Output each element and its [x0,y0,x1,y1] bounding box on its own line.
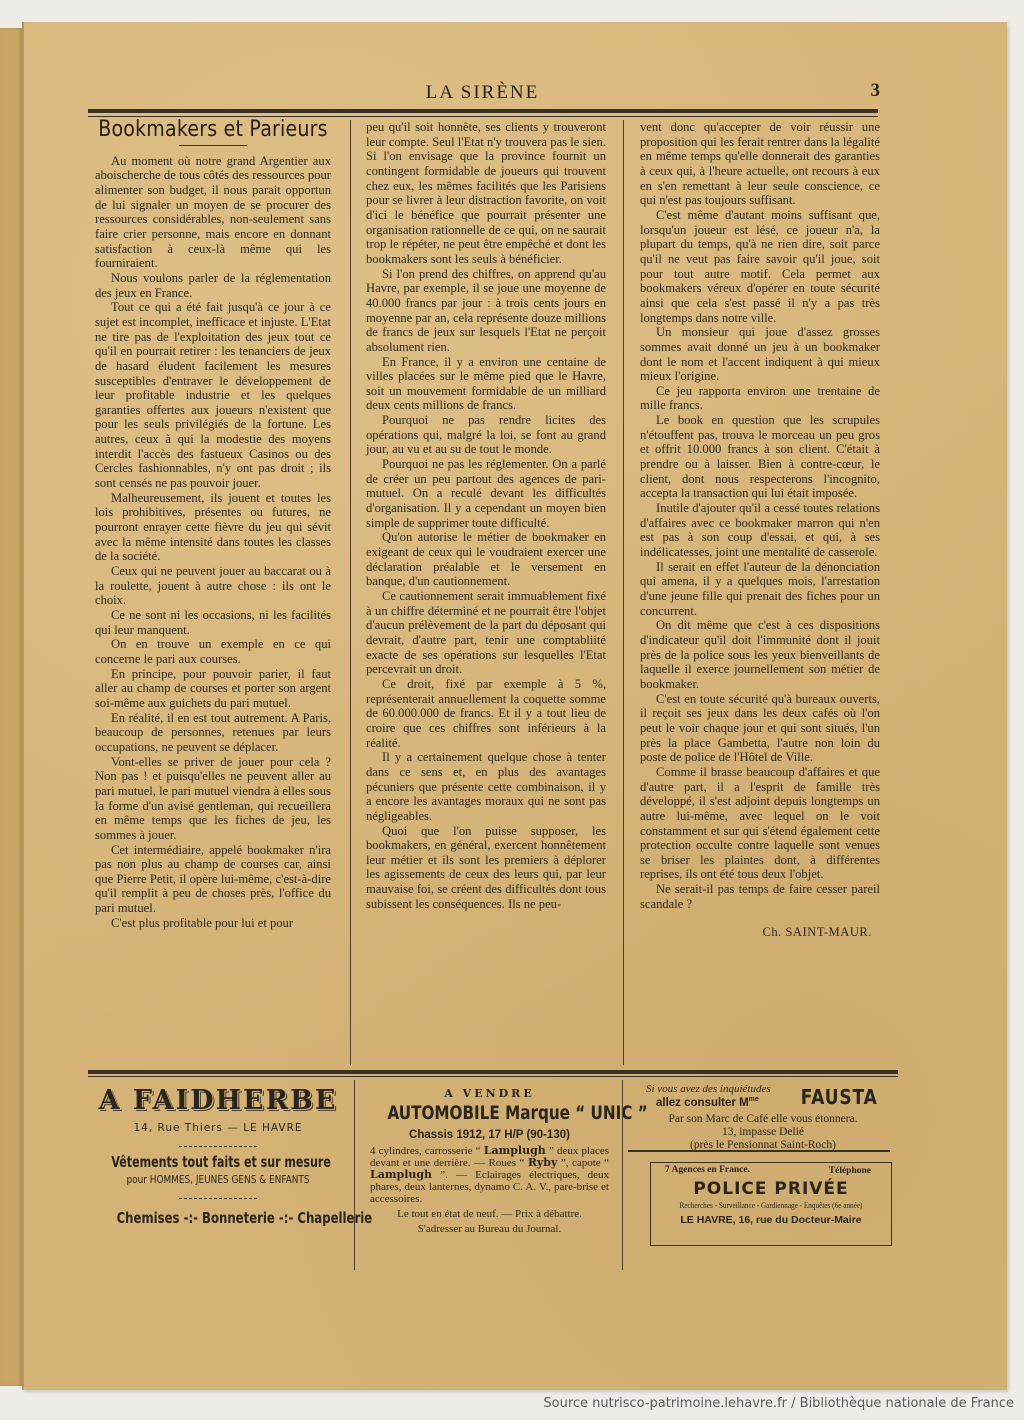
page-header: LA SIRÈNE 3 [85,82,880,104]
article-paragraph: Qu'on autorise le métier de bookmaker en… [366,530,606,589]
ad-address: 14, Rue Thiers — LE HAVRE [88,1122,348,1134]
ad-audience: pour HOMMES, JEUNES GENS & ENFANTS [108,1174,329,1186]
ad-divider [354,1080,355,1270]
desc-brand: Ryby [528,1156,557,1169]
col2-paragraphs: peu qu'il soit honnête, ses clients y tr… [366,120,606,911]
ad-line: 13, impasse Delié [628,1126,898,1139]
ad-chassis: Chassis 1912, 17 H/P (90-130) [362,1129,617,1141]
article-paragraph: peu qu'il soit honnête, ses clients y tr… [366,120,606,267]
ad-intro: Si vous avez des inquiétudes allez consu… [628,1083,898,1113]
ad-brand: A FAIDHERBE [88,1085,348,1116]
article-paragraph: On dit même que c'est à ces dispositions… [640,618,880,691]
ads-rule-thick [88,1070,898,1074]
ad-products: Chemises -:- Bonneterie -:- Chapellerie [117,1209,320,1227]
intro-sup: me [749,1096,759,1103]
article-paragraph: vent donc qu'accepter de voir réussir un… [640,120,880,208]
col3-paragraphs: vent donc qu'accepter de voir réussir un… [640,120,880,911]
col1-paragraphs: Au moment où notre grand Argentier aux a… [95,154,331,931]
article-paragraph: C'est plus profitable pour lui et pour [95,916,331,931]
flourish-divider [179,1140,257,1147]
article-paragraph: En principe, pour pouvoir parier, il fau… [95,667,331,711]
ad-tagline: Vêtements tout faits et sur mesure [111,1153,324,1171]
ad-fausta: Si vous avez des inquiétudes allez consu… [628,1083,898,1152]
article-paragraph: Au moment où notre grand Argentier aux a… [95,154,331,271]
article-signature: Ch. SAINT-MAUR. [640,925,880,940]
ad-description: 4 cylindres, carrosserie “ Lamplugh ” de… [362,1145,617,1205]
article-paragraph: Il y a certainement quelque chose à tent… [366,750,606,823]
ad-automobile: A VENDRE AUTOMOBILE Marque “ UNIC ” Chas… [362,1087,617,1235]
ad-police-privee: 7 Agences en France. Téléphone POLICE PR… [650,1162,892,1246]
article-paragraph: Ce droit, fixé par exemple à 5 %, représ… [366,677,606,750]
ad-condition: Le tout en état de neuf. — Prix à débatt… [362,1208,617,1220]
ad-rule [628,1150,890,1152]
ad-line: Par son Marc de Café elle vous étonnera. [628,1113,898,1126]
article-paragraph: Quoi que l'on puisse supposer, les bookm… [366,824,606,912]
adjacent-page-edge [0,28,22,1386]
police-agencies: 7 Agences en France. [665,1165,750,1175]
ad-kicker: A VENDRE [362,1087,617,1100]
source-credit: Source nutrisco-patrimoine.lehavre.fr / … [543,1396,1014,1411]
police-title: POLICE PRIVÉE [651,1179,891,1199]
intro-bold: allez consulter Mme [656,1096,759,1109]
article-paragraph: En réalité, il en est tout autrement. A … [95,711,331,755]
article-paragraph: Malheureusement, ils jouent et toutes le… [95,491,331,564]
desc-text: ”, capote “ [561,1157,609,1169]
article-paragraph: Comme il brasse beaucoup d'affaires et q… [640,765,880,882]
article-paragraph: Pourquoi ne pas les réglementer. On a pa… [366,457,606,530]
article-paragraph: Cet intermédiaire, appelé bookmaker n'ir… [95,843,331,916]
article-paragraph: Ceux qui ne peuvent jouer au baccarat ou… [95,564,331,608]
column-divider [623,120,624,1065]
article-paragraph: C'est même d'autant moins suffisant que,… [640,208,880,325]
column-divider [350,120,351,1065]
police-services: Recherches - Surveillance - Gardiennage … [669,1200,873,1210]
article-column-3: vent donc qu'accepter de voir réussir un… [640,120,880,940]
article-column-2: peu qu'il soit honnête, ses clients y tr… [366,120,606,911]
flourish-divider [179,1192,257,1199]
article-paragraph: Ne serait-il pas temps de faire cesser p… [640,882,880,911]
article-paragraph: Pourquoi ne pas rendre licites des opéra… [366,413,606,457]
desc-brand: Lamplugh [370,1168,432,1181]
article-paragraph: Le book en question que les scrupules n'… [640,413,880,501]
article-paragraph: Ce jeu rapporta environ une trentaine de… [640,384,880,413]
article-paragraph: Nous voulons parler de la réglementation… [95,271,331,300]
header-rule-thick [88,109,878,113]
article-paragraph: En France, il y a environ une centaine d… [366,355,606,414]
article-paragraph: Il serait en effet l'auteur de la dénonc… [640,560,880,619]
ad-divider [622,1080,623,1270]
intro-bold-text: allez consulter M [656,1097,749,1109]
journal-title: LA SIRÈNE [85,82,880,104]
police-top-row: 7 Agences en France. Téléphone [651,1163,891,1177]
police-phone: Téléphone [829,1166,871,1176]
intro-italic: Si vous avez des inquiétudes [646,1083,771,1095]
ad-name: FAUSTA [800,1085,877,1109]
ad-headline: AUTOMOBILE Marque “ UNIC ” [388,1102,592,1124]
article-paragraph: C'est en toute sécurité qu'à bureaux ouv… [640,692,880,765]
article-paragraph: Un monsieur qui joue d'assez grosses som… [640,325,880,384]
ads-rule-thin [88,1076,898,1077]
article-paragraph: Ce ne sont ni les occasions, ni les faci… [95,608,331,637]
desc-text: 4 cylindres, carrosserie “ [370,1145,481,1157]
page-number: 3 [871,80,881,102]
article-paragraph: Vont-elles se priver de jouer pour cela … [95,755,331,843]
article-paragraph: Tout ce qui a été fait jusqu'à ce jour à… [95,300,331,491]
article-paragraph: Ce cautionnement serait immuablement fix… [366,589,606,677]
article-paragraph: Si l'on prend des chiffres, on apprend q… [366,267,606,355]
article-column-1: Bookmakers et Parieurs Au moment où notr… [95,120,331,930]
article-paragraph: Inutile d'ajouter qu'il a cessé toutes r… [640,501,880,560]
article-paragraph: On en trouve un exemple en ce qui concer… [95,637,331,666]
police-address: LE HAVRE, 16, rue du Docteur-Maire [651,1214,891,1226]
title-rule [179,145,247,146]
ad-contact: S'adresser au Bureau du Journal. [362,1223,617,1235]
article-title: Bookmakers et Parieurs [95,121,331,138]
ad-faidherbe: A FAIDHERBE 14, Rue Thiers — LE HAVRE Vê… [88,1085,348,1227]
